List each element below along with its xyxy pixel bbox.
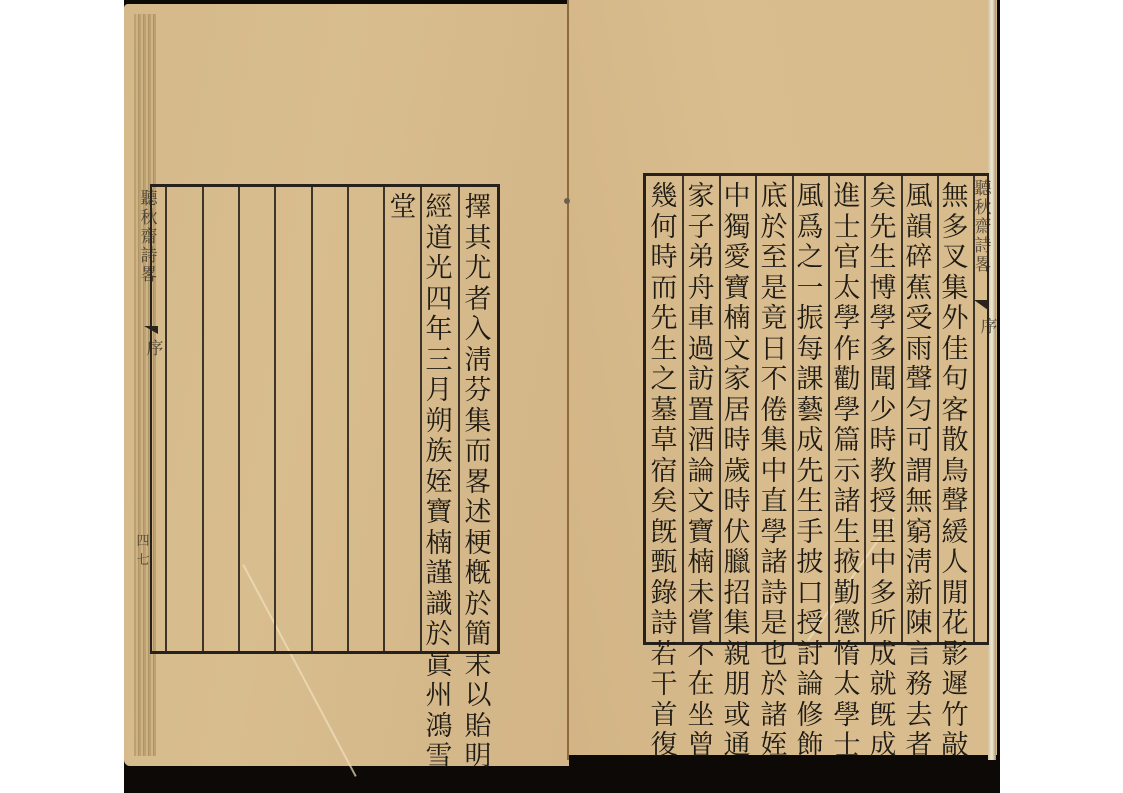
column-rule: [202, 187, 204, 651]
fishtail-mark-icon: [974, 300, 988, 310]
book-gutter: [567, 0, 569, 760]
text-column: 矣先生博學多聞少時教授里中多所成就旣成: [866, 182, 900, 762]
text-column: 底於至是竟日不倦集中直學諸詩是也於諸姪: [757, 182, 791, 762]
left-text-frame: 堂 經道光四年三月朔族姪寶楠謹識於眞州鴻雪 擇其尤者入淸芬集而畧述梗槪於簡末以貽…: [150, 184, 500, 654]
column-rule: [274, 187, 276, 651]
right-text-frame: 幾何時而先生之墓草宿矣旣甄錄詩若干首復 家子弟舟車過訪置酒論文寶楠未嘗不在坐曾 …: [643, 173, 989, 645]
text-column: 風爲之一振每課藝成先生手披口授討論修飾: [793, 182, 827, 762]
right-banxin-section: 序: [980, 318, 998, 337]
column-rule: [458, 187, 460, 651]
text-column: 堂: [386, 193, 420, 224]
text-column: 家子弟舟車過訪置酒論文寶楠未嘗不在坐曾: [684, 182, 718, 762]
book-scan: 聽秋齋詩畧 序 四七 堂 經道光四年三月朔族姪寶楠謹識於眞州鴻雪 擇其尤者入淸芬…: [124, 0, 1000, 793]
text-column: 進士官太學作勸學篇示諸生掖勤懲惰太學士: [830, 182, 864, 762]
text-column: 風韻碎蕉受雨聲匀可謂無窮淸新陳言務去者: [902, 182, 936, 762]
column-rule: [238, 187, 240, 651]
column-rule: [347, 187, 349, 651]
text-column: 無多叉集外佳句客散鳥聲緩人閒花影遲竹敲: [938, 182, 972, 762]
text-column: 幾何時而先生之墓草宿矣旣甄錄詩若干首復: [647, 182, 681, 762]
left-page: 聽秋齋詩畧 序 四七 堂 經道光四年三月朔族姪寶楠謹識於眞州鴻雪 擇其尤者入淸芬…: [124, 4, 569, 766]
binding-thread-dot: [564, 198, 570, 204]
right-banxin-title: 聽秋齋詩畧: [974, 180, 992, 275]
right-page-edge: [988, 0, 996, 760]
text-column: 經道光四年三月朔族姪寶楠謹識於眞州鴻雪: [422, 193, 456, 773]
text-column: 擇其尤者入淸芬集而畧述梗槪於簡末以貽明: [461, 193, 495, 773]
column-rule: [383, 187, 385, 651]
column-rule: [311, 187, 313, 651]
column-rule: [165, 187, 167, 651]
text-column: 中獨愛寶楠文家居時歲時伏臘招集親朋或通: [720, 182, 754, 762]
